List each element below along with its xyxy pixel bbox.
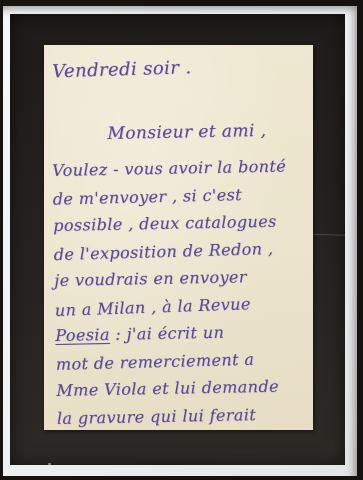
letter-text: Vendredi soir .Monsieur et ami ,Voulez -… xyxy=(50,54,313,430)
letter-paper: Vendredi soir .Monsieur et ami ,Voulez -… xyxy=(44,45,313,430)
letter-line: Monsieur et ami , xyxy=(107,117,312,147)
photograph-of-letter: Vendredi soir .Monsieur et ami ,Voulez -… xyxy=(0,0,363,480)
underlined-word: Poesia xyxy=(55,325,110,345)
letter-line: Vendredi soir . xyxy=(52,53,312,85)
letter-line: la gravure qui lui ferait xyxy=(57,399,313,430)
dust-speck xyxy=(48,463,51,465)
letter-line: de m'envoyer , si c'est xyxy=(52,179,313,213)
dust-speck xyxy=(301,466,303,468)
